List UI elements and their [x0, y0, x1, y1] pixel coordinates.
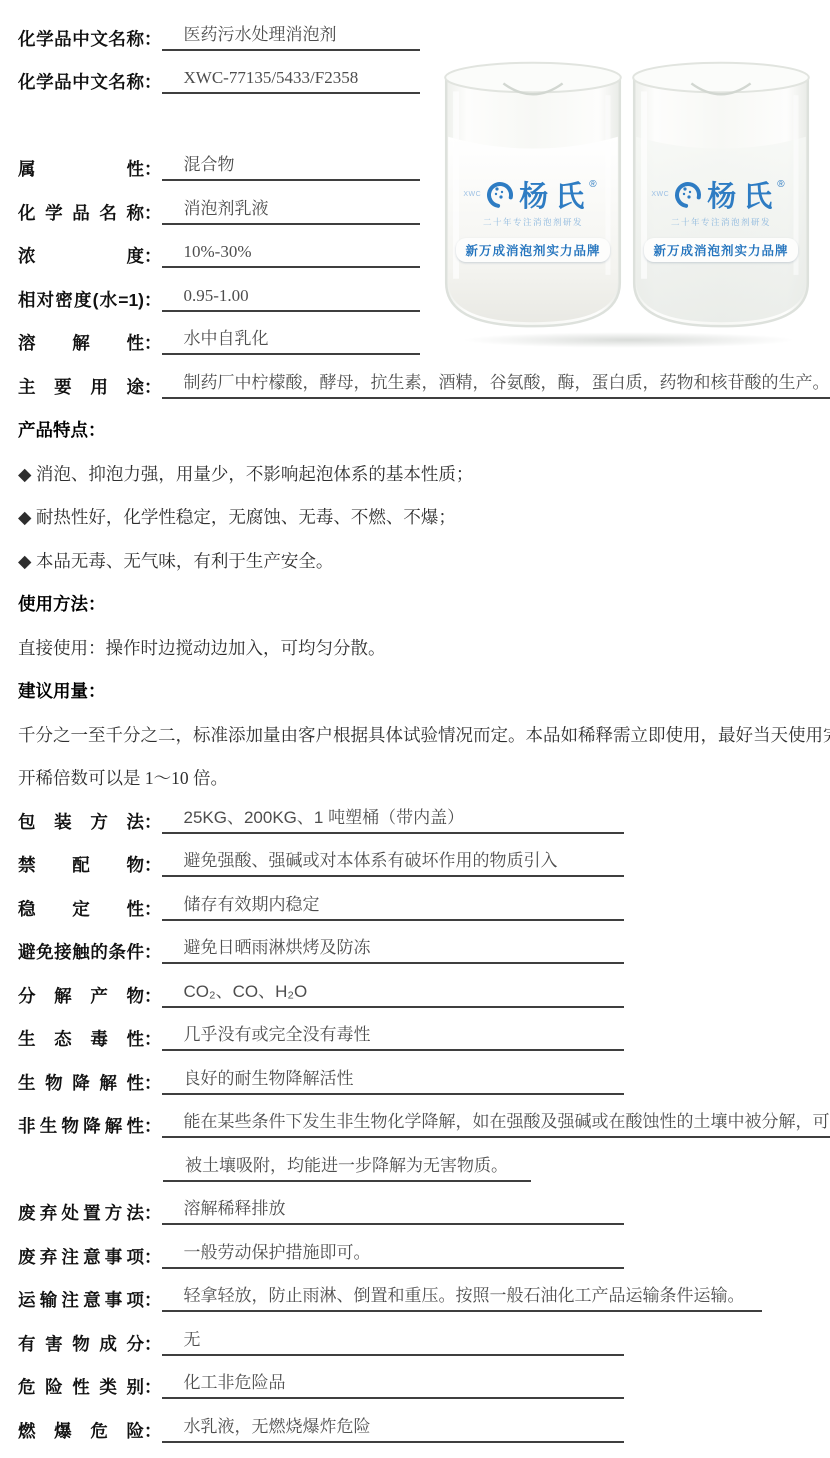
field-label: 化学品中文名称：	[18, 69, 162, 94]
brand-name: 杨氏	[707, 174, 779, 215]
field-label: 非生物降解性：	[18, 1113, 162, 1138]
field-label: 包装方法：	[18, 809, 162, 834]
feature-bullet: ◆ 本品无毒、无气味，有利于生产安全。	[18, 534, 830, 578]
crescent-moon-logo-icon	[485, 180, 515, 210]
field-value: 医药污水处理消泡剂	[162, 20, 420, 51]
feature-bullet: ◆ 消泡、抑泡力强，用量少，不影响起泡体系的基本性质；	[18, 447, 830, 491]
field-label: 化学品中文名称：	[18, 26, 162, 51]
field-label: 浓度：	[18, 243, 162, 268]
field-label: 燃爆危险：	[18, 1418, 162, 1443]
field-row-main-use: 主要用途： 制药厂中柠檬酸，酵母，抗生素，酒精，谷氨酸，酶，蛋白质，药物和核苷酸…	[18, 360, 830, 404]
field-label: 废弃处置方法：	[18, 1200, 162, 1225]
field-value: 水乳液，无燃烧爆炸危险	[162, 1412, 624, 1443]
field-row-conditions-to-avoid: 避免接触的条件： 避免日晒雨淋烘烤及防冻	[18, 926, 830, 970]
section-heading-features: 产品特点：	[18, 404, 830, 448]
field-label: 分解产物：	[18, 983, 162, 1008]
field-value: 10%-30%	[162, 242, 420, 268]
registered-mark: ®	[589, 179, 596, 190]
brand-tagline: 二十年专注消泡剂研发	[434, 216, 632, 228]
field-value: 储存有效期内稳定	[162, 890, 624, 921]
field-label: 运输注意事项：	[18, 1287, 162, 1312]
field-label: 禁配物：	[18, 852, 162, 877]
field-value: 良好的耐生物降解活性	[162, 1064, 624, 1095]
brand-overlay: XWC 杨氏 ® 二十年专注消泡剂研发 新万成消泡剂实力品牌	[434, 174, 632, 262]
field-row-explosion-hazard: 燃爆危险： 水乳液，无燃烧爆炸危险	[18, 1404, 830, 1448]
field-row-transport-precautions: 运输注意事项： 轻拿轻放，防止雨淋、倒置和重压。按照一般石油化工产品运输条件运输…	[18, 1274, 830, 1318]
field-label: 化学品名称：	[18, 200, 162, 225]
brand-badge: 新万成消泡剂实力品牌	[456, 238, 609, 262]
usage-paragraph: 直接使用：操作时边搅动边加入，可均匀分散。	[18, 621, 830, 665]
field-row-stability: 稳定性： 储存有效期内稳定	[18, 882, 830, 926]
crescent-moon-logo-icon	[673, 180, 703, 210]
field-value: 消泡剂乳液	[162, 194, 420, 225]
field-value: 制药厂中柠檬酸，酵母，抗生素，酒精，谷氨酸，酶，蛋白质，药物和核苷酸的生产。	[162, 368, 830, 399]
field-label: 有害物成分：	[18, 1331, 162, 1356]
field-row-packing: 包装方法： 25KG、200KG、1 吨塑桶（带内盖）	[18, 795, 830, 839]
field-label: 稳定性：	[18, 896, 162, 921]
brand-abbrev: XWC	[651, 191, 669, 198]
dosage-paragraph-line1: 千分之一至千分之二，标准添加量由客户根据具体试验情况而定。本品如稀释需立即使用，…	[18, 708, 830, 752]
field-row-biodegradability: 生物降解性： 良好的耐生物降解活性	[18, 1056, 830, 1100]
field-label: 生物降解性：	[18, 1070, 162, 1095]
field-value: CO₂、CO、H₂O	[162, 977, 624, 1008]
field-value: 几乎没有或完全没有毒性	[162, 1020, 624, 1051]
field-value: 化工非危险品	[162, 1368, 624, 1399]
field-label: 溶解性：	[18, 330, 162, 355]
field-label: 危险性类别：	[18, 1374, 162, 1399]
beaker-clear-liquid: XWC 杨氏 ® 二十年专注消泡剂研发 新万成消泡剂实力品牌	[622, 42, 820, 338]
brand-overlay: XWC 杨氏 ® 二十年专注消泡剂研发 新万成消泡剂实力品牌	[622, 174, 820, 262]
section-heading-usage: 使用方法：	[18, 578, 830, 622]
field-label: 主要用途：	[18, 374, 162, 399]
field-label: 生态毒性：	[18, 1026, 162, 1051]
field-row-decomposition-products: 分解产物： CO₂、CO、H₂O	[18, 969, 830, 1013]
field-label: 相对密度(水=1)：	[18, 287, 162, 312]
brand-name: 杨氏	[519, 174, 591, 215]
field-value: 能在某些条件下发生非生物化学降解，如在强酸及强碱或在酸蚀性的土壤中被分解，可	[162, 1107, 830, 1138]
field-value: 避免强酸、强碱或对本体系有破坏作用的物质引入	[162, 846, 624, 877]
field-row-ecotoxicity: 生态毒性： 几乎没有或完全没有毒性	[18, 1013, 830, 1057]
field-value: 0.95-1.00	[162, 286, 420, 312]
field-label: 废弃注意事项：	[18, 1244, 162, 1269]
field-value: 轻拿轻放，防止雨淋、倒置和重压。按照一般石油化工产品运输条件运输。	[162, 1281, 762, 1312]
beaker-milky-emulsion: XWC 杨氏 ® 二十年专注消泡剂研发 新万成消泡剂实力品牌	[434, 42, 632, 338]
field-label: 属性：	[18, 156, 162, 181]
brand-tagline: 二十年专注消泡剂研发	[622, 216, 820, 228]
field-row-non-biodegradability: 非生物降解性： 能在某些条件下发生非生物化学降解，如在强酸及强碱或在酸蚀性的土壤…	[18, 1100, 830, 1144]
field-label: 避免接触的条件：	[18, 939, 162, 964]
field-row-disposal-precautions: 废弃注意事项： 一般劳动保护措施即可。	[18, 1230, 830, 1274]
field-value: 混合物	[162, 150, 420, 181]
field-value: 水中自乳化	[162, 324, 420, 355]
product-photo: XWC 杨氏 ® 二十年专注消泡剂研发 新万成消泡剂实力品牌	[430, 42, 828, 346]
field-value: 无	[162, 1325, 624, 1356]
brand-abbrev: XWC	[463, 191, 481, 198]
field-value: XWC-77135/5433/F2358	[162, 68, 420, 94]
field-row-harmful-components: 有害物成分： 无	[18, 1317, 830, 1361]
field-row-hazard-class: 危险性类别： 化工非危险品	[18, 1361, 830, 1405]
field-value-continued: 被土壤吸附，均能进一步降解为无害物质。	[163, 1151, 531, 1182]
field-row-non-biodegradability-line2: 被土壤吸附，均能进一步降解为无害物质。	[18, 1143, 830, 1187]
field-row-incompatibles: 禁配物： 避免强酸、强碱或对本体系有破坏作用的物质引入	[18, 839, 830, 883]
section-heading-dosage: 建议用量：	[18, 665, 830, 709]
brand-badge: 新万成消泡剂实力品牌	[644, 238, 797, 262]
field-row-disposal-method: 废弃处置方法： 溶解稀释排放	[18, 1187, 830, 1231]
dosage-paragraph-line2: 开稀倍数可以是 1～10 倍。	[18, 752, 830, 796]
field-value: 25KG、200KG、1 吨塑桶（带内盖）	[162, 803, 624, 834]
feature-bullet: ◆ 耐热性好，化学性稳定，无腐蚀、无毒、不燃、不爆；	[18, 491, 830, 535]
field-value: 溶解稀释排放	[162, 1194, 624, 1225]
field-value: 一般劳动保护措施即可。	[162, 1238, 624, 1269]
field-value: 避免日晒雨淋烘烤及防冻	[162, 933, 624, 964]
registered-mark: ®	[777, 179, 784, 190]
